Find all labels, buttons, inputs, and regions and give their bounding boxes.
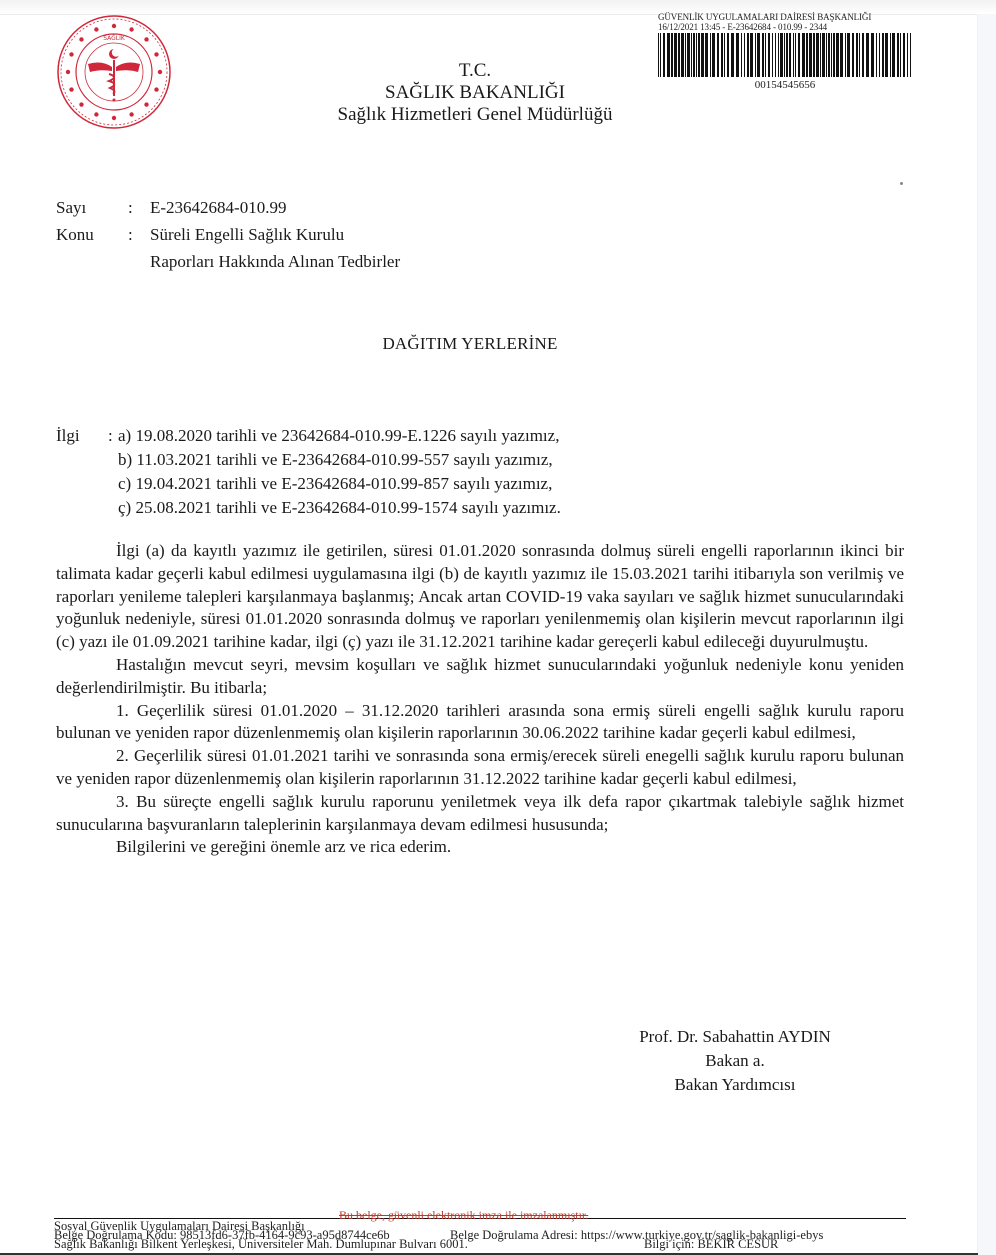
body-paragraph: 2. Geçerlilik süresi 01.01.2021 tarihi v… bbox=[56, 745, 904, 791]
references-block: İlgi : a) 19.08.2020 tarihli ve 23642684… bbox=[56, 424, 561, 520]
sayi-label: Sayı bbox=[56, 194, 128, 221]
konu-row: Konu : Süreli Engelli Sağlık Kurulu bbox=[56, 221, 400, 248]
konu-row-2: Raporları Hakkında Alınan Tedbirler bbox=[56, 248, 400, 275]
reference-item: b) 11.03.2021 tarihli ve E-23642684-010.… bbox=[118, 448, 553, 472]
body-paragraph: 1. Geçerlilik süresi 01.01.2020 – 31.12.… bbox=[56, 700, 904, 746]
colon: : bbox=[128, 194, 150, 221]
barcode-issuer: GÜVENLİK UYGULAMALARI DAİRESİ BAŞKANLIĞI bbox=[658, 12, 920, 22]
reference-item: ç) 25.08.2021 tarihli ve E-23642684-010.… bbox=[118, 496, 561, 520]
footer-contact: Bilgi için: BEKİR CESUR bbox=[644, 1238, 778, 1250]
signatory-title: Bakan Yardımcısı bbox=[600, 1073, 870, 1097]
body-paragraph: Hastalığın mevcut seyri, mevsim koşullar… bbox=[56, 654, 904, 700]
reference-item: c) 19.04.2021 tarihli ve E-23642684-010.… bbox=[118, 472, 552, 496]
document-barcode: GÜVENLİK UYGULAMALARI DAİRESİ BAŞKANLIĞI… bbox=[658, 12, 920, 91]
sayi-row: Sayı : E-23642684-010.99 bbox=[56, 194, 400, 221]
ilgi-label: İlgi bbox=[56, 424, 108, 448]
closing-line: Bilgilerini ve gereğini önemle arz ve ri… bbox=[56, 836, 904, 859]
body-paragraph: İlgi (a) da kayıtlı yazımız ile getirile… bbox=[56, 540, 904, 654]
svg-text:SAĞLIK: SAĞLIK bbox=[103, 35, 126, 42]
document-meta: Sayı : E-23642684-010.99 Konu : Süreli E… bbox=[56, 194, 400, 275]
sayi-value: E-23642684-010.99 bbox=[150, 194, 286, 221]
footer-address: Sağlık Bakanlığı Bilkent Yerleşkesi, Üni… bbox=[54, 1238, 468, 1250]
ministry-name: SAĞLIK BAKANLIĞI bbox=[300, 82, 650, 104]
letter-body: İlgi (a) da kayıtlı yazımız ile getirile… bbox=[56, 540, 904, 859]
signatory-capacity: Bakan a. bbox=[600, 1049, 870, 1073]
barcode-stamp: 16/12/2021 13:45 - E-23642684 - 010.99 -… bbox=[658, 22, 920, 32]
e-signature-note: Bu belge, güvenli elektronik imza ile im… bbox=[339, 1208, 588, 1223]
signatory-name: Prof. Dr. Sabahattin AYDIN bbox=[600, 1025, 870, 1049]
barcode-number: 00154545656 bbox=[658, 79, 920, 91]
document-footer: Bu belge, güvenli elektronik imza ile im… bbox=[54, 1206, 906, 1255]
scan-speck bbox=[900, 182, 903, 185]
konu-line1: Süreli Engelli Sağlık Kurulu bbox=[150, 221, 344, 248]
directorate-name: Sağlık Hizmetleri Genel Müdürlüğü bbox=[300, 104, 650, 126]
barcode-icon bbox=[658, 33, 916, 77]
colon: : bbox=[128, 221, 150, 248]
body-paragraph: 3. Bu süreçte engelli sağlık kurulu rapo… bbox=[56, 791, 904, 837]
signature-block: Prof. Dr. Sabahattin AYDIN Bakan a. Baka… bbox=[600, 1025, 870, 1097]
konu-line2: Raporları Hakkında Alınan Tedbirler bbox=[150, 248, 400, 275]
ministry-seal-icon: SAĞLIK bbox=[52, 14, 176, 130]
colon: : bbox=[108, 424, 118, 448]
konu-label: Konu bbox=[56, 221, 128, 248]
reference-item: a) 19.08.2020 tarihli ve 23642684-010.99… bbox=[118, 424, 559, 448]
distribution-heading: DAĞITIM YERLERİNE bbox=[330, 334, 610, 354]
country-label: T.C. bbox=[300, 60, 650, 82]
letterhead: T.C. SAĞLIK BAKANLIĞI Sağlık Hizmetleri … bbox=[300, 60, 650, 126]
viewer-scroll-gutter[interactable] bbox=[977, 14, 996, 1255]
